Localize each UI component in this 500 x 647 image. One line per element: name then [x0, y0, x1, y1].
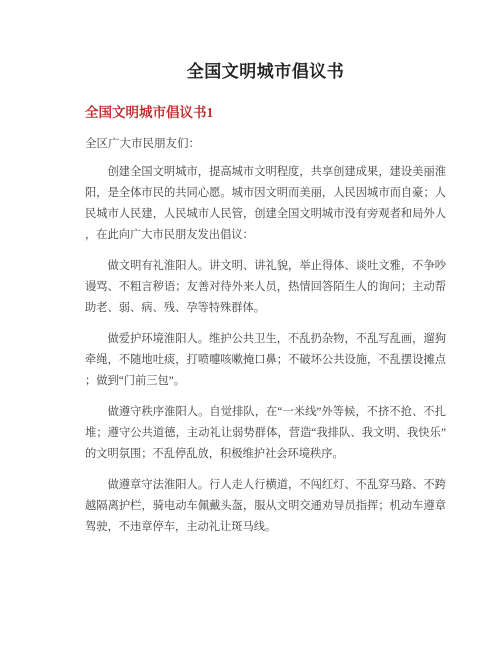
paragraph-environment-care: 做爱护环境淮阳人。维护公共卫生，不乱扔杂物，不乱写乱画，遛狗牵绳，不随地吐痰，打… [85, 329, 446, 392]
paragraph-traffic-law: 做遵章守法淮阳人。行人走人行横道，不闯红灯、不乱穿马路、不跨越隔离护栏，骑电动车… [85, 475, 446, 538]
section-heading: 全国文明城市倡议书1 [85, 105, 446, 121]
paragraph-civil-manners: 做文明有礼淮阳人。讲文明、讲礼貌，举止得体、谈吐文雅，不争吵谩骂、不粗言秽语；友… [85, 256, 446, 319]
salutation: 全区广大市民朋友们： [85, 134, 446, 155]
document-page: 全国文明城市倡议书 全国文明城市倡议书1 全区广大市民朋友们： 创建全国文明城市… [0, 0, 500, 647]
page-title: 全国文明城市倡议书 [85, 60, 446, 84]
paragraph-public-order: 做遵守秩序淮阳人。自觉排队，在“一米线”外等候，不挤不抢、不扎堆；遵守公共道德，… [85, 402, 446, 465]
paragraph-introduction: 创建全国文明城市，提高城市文明程度，共享创建成果，建设美丽淮阳，是全体市民的共同… [85, 162, 446, 246]
